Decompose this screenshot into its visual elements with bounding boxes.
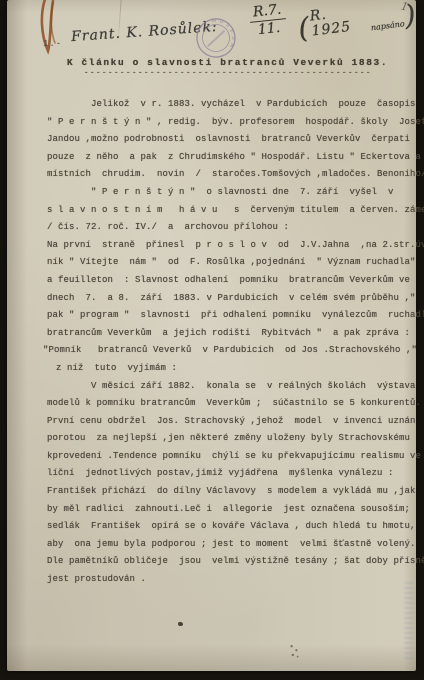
typed-line: líční jednotlivých postav,jimiž vyjádřen… xyxy=(47,465,412,483)
ink-speck-cluster xyxy=(288,643,300,659)
typed-line: / čís. 72. roč. IV./ a archovou přílohou… xyxy=(47,219,412,237)
typed-line: V měsíci září 1882. konala se v reálných… xyxy=(47,378,412,396)
year-note-subtext: napsáno xyxy=(370,19,405,32)
typed-line: Jandou ,možno podrobnosti oslavnosti bra… xyxy=(47,131,412,149)
ink-speck xyxy=(178,622,183,626)
typed-line: kprovedení .Tendence pomníku chýlí se ku… xyxy=(47,448,412,466)
catalog-number: R.7. 11. xyxy=(248,2,288,39)
bleed-through-ink xyxy=(404,581,413,659)
document-title: K článku o slavnosti bratranců Veverků 1… xyxy=(45,57,410,69)
typed-line: František přichází do dílny Václavovy s … xyxy=(47,483,412,501)
typed-line: bratrancům Veverkům a jejich rodišti Ryb… xyxy=(47,325,412,343)
typed-line: První cenu obdržel Jos. Strachovský ,jeh… xyxy=(47,413,412,431)
typed-line: sedlák František opírá se o kováře Václa… xyxy=(47,518,412,536)
typed-line: pak " program " slavnosti při odhalení p… xyxy=(47,307,412,325)
pencil-check-mark xyxy=(33,0,75,59)
typed-line: "Pomník bratranců Veverků v Pardubicích … xyxy=(47,342,412,360)
typed-line: porotou za nejlepší ,jen některé změny u… xyxy=(47,430,412,448)
item-number: 1.- xyxy=(43,39,62,49)
document-page: 1.- Frant. K. Rosůlek: M U S E U M R.7. … xyxy=(7,0,416,671)
typed-line: Dle pamětníků obličeje jsou velmi výstiž… xyxy=(47,553,412,571)
typed-line: " P e r n š t ý n " o slavnosti dne 7. z… xyxy=(47,184,412,202)
typed-line: Jelikož v r. 1883. vycházel v Pardubicíc… xyxy=(47,96,412,114)
typed-line: s l a v n o s t n í m h á v u s červeným… xyxy=(47,202,412,220)
typed-line: z níž tuto vyjímám : xyxy=(47,360,412,378)
typed-line: modelů k pomníku bratrancům Veverkům ; s… xyxy=(47,395,412,413)
scanned-document-photo: { "page": { "page_number": "1" }, "heade… xyxy=(0,0,424,680)
museum-stamp-icon: M U S E U M xyxy=(191,13,242,64)
typed-line: Na první straně přinesl p r o s l o v od… xyxy=(47,237,412,255)
typed-line: místních chrudim. novin / staročes.Tomšo… xyxy=(47,166,412,184)
typed-line: jest prostudován . xyxy=(47,571,412,589)
typed-line: a feuilleton : Slavnost odhalení pomníku… xyxy=(47,272,412,290)
typed-body: Jelikož v r. 1883. vycházel v Pardubicíc… xyxy=(47,96,412,589)
year-note: ( R. 1925 napsáno ) xyxy=(296,0,418,47)
year-note-text: R. 1925 xyxy=(309,3,370,40)
paren-open: ( xyxy=(297,14,311,43)
typed-line: " P e r n š t ý n " , redig. býv. profes… xyxy=(47,114,412,132)
typed-line: pouze z něho a pak z Chrudimského " Hosp… xyxy=(47,149,412,167)
title-underline: ----------------------------------------… xyxy=(45,69,410,77)
title-block: K článku o slavnosti bratranců Veverků 1… xyxy=(45,57,410,77)
typed-line: dnech 7. a 8. září 1883. v Pardubicích v… xyxy=(47,290,412,308)
typed-line: by měl radlici zahnouti.Leč i allegorie … xyxy=(47,501,412,519)
catalog-denominator: 11. xyxy=(250,19,288,39)
typed-line: ník " Vítejte nám " od F. Rosůlka ,pojed… xyxy=(47,254,412,272)
typed-line: aby ona jemu byla podporou ; jest to mom… xyxy=(47,536,412,554)
